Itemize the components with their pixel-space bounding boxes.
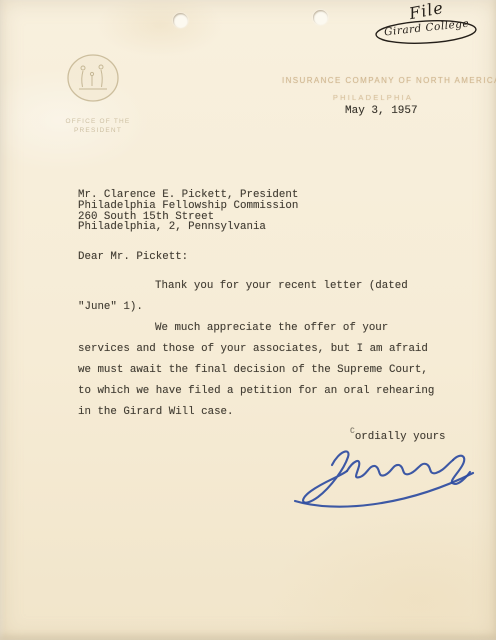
recipient-line: Philadelphia, 2, Pennsylvania	[78, 222, 298, 233]
office-label-line2: PRESIDENT	[50, 126, 146, 135]
office-of-the-president-label: OFFICE OF THE PRESIDENT	[50, 117, 146, 135]
letterhead-city: PHILADELPHIA	[282, 93, 464, 102]
office-label-line1: OFFICE OF THE	[50, 117, 146, 126]
body-line: We much appreciate the offer of your	[78, 321, 450, 342]
salutation: Dear Mr. Pickett:	[78, 251, 188, 263]
company-seal-icon	[66, 54, 120, 104]
body-line: we must await the final decision of the …	[78, 363, 450, 384]
body-line: in the Girard Will case.	[78, 405, 450, 426]
punch-hole-right	[313, 10, 328, 25]
letterhead-company-name: INSURANCE COMPANY OF NORTH AMERICA	[282, 76, 464, 85]
recipient-line: Philadelphia Fellowship Commission	[78, 201, 298, 212]
body-line: to which we have filed a petition for an…	[78, 384, 450, 405]
letterhead: INSURANCE COMPANY OF NORTH AMERICA PHILA…	[282, 76, 464, 102]
recipient-address-block: Mr. Clarence E. Pickett, President Phila…	[78, 190, 298, 233]
signature-john-a-diemand	[287, 439, 485, 513]
body-line: "June" 1).	[78, 300, 450, 321]
handwritten-girard-college-note: Girard College	[374, 16, 478, 46]
body-line: services and those of your associates, b…	[78, 342, 450, 363]
letter-body: Thank you for your recent letter (dated …	[78, 279, 450, 426]
closing-mis-struck-initial: C	[350, 427, 355, 436]
letter-page: File Girard College OFFICE OF THE PRESID…	[0, 0, 496, 640]
body-line: Thank you for your recent letter (dated	[78, 279, 450, 300]
date-line: May 3, 1957	[345, 105, 418, 117]
punch-hole-left	[173, 13, 188, 28]
